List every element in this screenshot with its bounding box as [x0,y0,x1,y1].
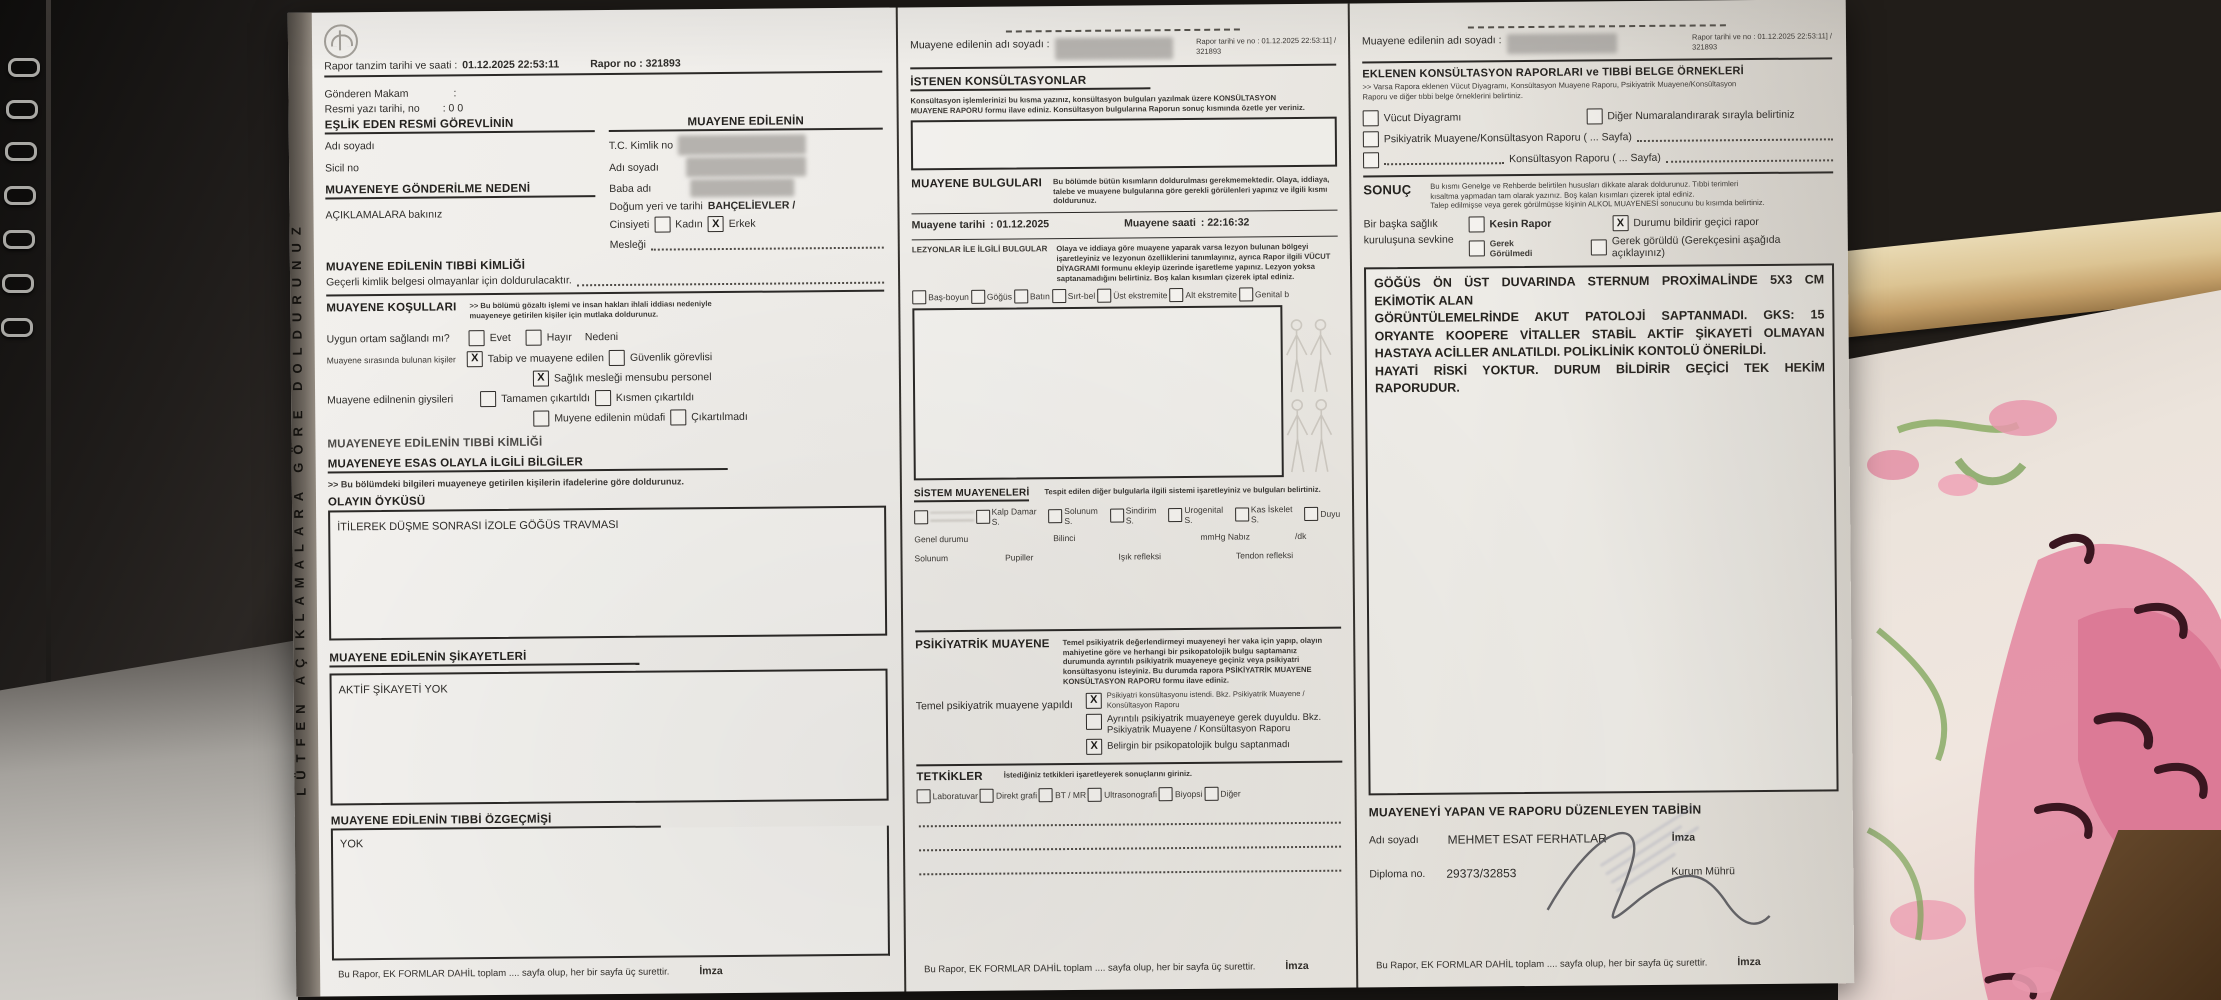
psychiatric-note5: KONSÜLTASYON RAPORU formu ilave ediniz. [1063,676,1229,686]
checkbox-body-diagram [1363,110,1379,126]
issue-datetime-label: Rapor tanzim tarihi ve saati : [324,59,457,72]
no-label: Hayır [547,331,572,343]
tc-id-label: T.C. Kimlik no [609,139,673,152]
form-column-3: Muayene edilenin adı soyadı : Rapor tari… [1348,0,1855,988]
light-reflex-label: Işık refleksi [1118,551,1161,561]
clothing-label: Muayene edilnenin giysileri [327,393,453,406]
institution-seal-label: Kurum Mührü [1671,866,1735,879]
footer-text: Bu Rapor, EK FORMLAR DAHİL toplam .... s… [338,967,669,981]
illegible-system-label [930,512,974,521]
checkbox-final-report [1468,217,1484,233]
checkbox-sensory [1304,507,1318,521]
checkbox-urogenital [1168,508,1182,522]
test-label: BT / MR [1055,790,1086,800]
body-region-checkboxes: Baş-boyun Göğüs Batın Sırt-bel Üst ekstr… [912,286,1338,304]
checkbox-detailed-psych-needed [1086,713,1102,729]
diploma-no-value: 29373/32853 [1446,866,1516,881]
provisional-report-label: Durumu bildirir geçici rapor [1633,216,1759,229]
escort-name-label: Adı soyadı [325,138,595,152]
see-explanations-label: AÇIKLAMALARA bakınız [325,207,595,221]
exam-date-value: : 01.12.2025 [990,218,1049,231]
light-floor-area [0,640,298,1000]
diploma-no-label: Diploma no. [1369,868,1425,880]
examined-name-label: Muayene edilenin adı soyadı : [910,38,1050,51]
column2-footer: Bu Rapor, EK FORMLAR DAHİL toplam .... s… [918,956,1344,978]
colon: : [453,87,456,99]
dotted-line [651,237,884,250]
official-letter-row: Resmi yazı tarihi, no : 0 0 [325,99,883,116]
checkbox-system-1 [914,510,928,524]
ministry-crest-logo [324,24,358,58]
checkbox-ultrasound [1088,787,1102,801]
checkbox-referral-not-needed [1469,241,1485,257]
tests-note: İstediğiniz tetkikleri işaretleyerek son… [1004,769,1192,781]
yes-label: Evet [490,332,511,344]
lesion-findings-box [912,305,1283,480]
psychiatric-note4: konsültasyonu isteyiniz. Bu durumda rapo… [1063,665,1312,676]
checkbox-yes [469,330,485,346]
checkbox-fully-removed [480,391,496,407]
escort-official-block: EŞLİK EDEN RESMİ GÖREVLİNİN Adı soyadı S… [325,117,596,221]
findings-line-3: HAYATİ RİSKİ YOKTUR. DURUM BİLDİRİR GEÇİ… [1375,359,1825,398]
checkbox-laboratory [917,789,931,803]
checkbox-other-attachment [1586,108,1602,124]
perforation-dashes [1468,24,1727,28]
occupation-label: Mesleği [610,239,646,251]
female-label: Kadın [675,218,703,230]
dotted-line [577,272,884,286]
column3-footer: Bu Rapor, EK FORMLAR DAHİL toplam .... s… [1370,951,1840,973]
medical-history-box: YOK [331,826,890,961]
persons-present-label: Muayene sırasında bulunan kişiler [327,354,456,365]
tests-checkboxes: Laboratuvar Direkt grafi BT / MR Ultraso… [917,785,1343,803]
checkbox-biopsy [1159,787,1173,801]
checkbox-consultation-report-attachment [1363,152,1379,168]
complaints-value: AKTİF ŞİKAYETİ YOK [339,684,448,697]
male-label: Erkek [729,218,756,230]
not-removed-label: Çıkartılmadı [691,411,748,423]
garment-hook [2,274,34,293]
complaints-box: AKTİF ŞİKAYETİ YOK [330,669,889,806]
sender-authority-label: Gönderen Makam [324,88,408,101]
perforation-dashes [1006,29,1240,33]
referral-label-line1: Bir başka sağlık [1364,218,1438,231]
checkbox-head-neck [912,290,926,304]
findings-line-1: GÖĞÜS ÖN ÜST DUVARINDA STERNUM PROXİMALİ… [1374,272,1824,311]
pupils-label: Pupiller [1005,552,1033,562]
respiration-label: Solunum [914,553,948,563]
garment-hook [6,100,38,119]
checkbox-other-test [1204,786,1218,800]
incident-info-header: MUAYENEYE ESAS OLAYLA İLGİLİ BİLGİLER [328,455,728,473]
final-report-label: Kesin Rapor [1489,218,1551,231]
tests-header: TETKİKLER [916,771,982,784]
garment-hook [4,186,36,205]
checkbox-upper-extremity [1097,288,1111,302]
referral-needed-label: Gerek görüldü (Gerekçesini aşağıda açıkl… [1612,234,1834,260]
medical-history-value: YOK [340,839,363,851]
region-label: Genital b [1255,289,1289,299]
footer-text: Bu Rapor, EK FORMLAR DAHİL toplam .... s… [1376,957,1707,971]
referral-reason-header: MUAYENEYE GÖNDERİLME NEDENİ [325,182,595,199]
attached-reports-note1: >> Varsa Rapora eklenen Vücut Diyagramı,… [1362,79,1736,91]
conclusion-note3: Talep edilmişse veya gerek görülmüşse ki… [1430,198,1764,210]
dotted-line [1384,153,1504,165]
region-label: Göğüs [987,291,1012,301]
psych-option2-line2: Psikiyatrik Muayene / Konsültasyon Rapor… [1107,723,1290,736]
region-label: Alt ekstremite [1185,289,1237,299]
psych-option1-line1: Psikiyatri konsültasyonu istendi. Bkz. P… [1107,689,1305,700]
exam-findings-note: Bu bölümde bütün kısımların doldurulması… [1053,174,1337,206]
medical-identity-note: Geçerli kimlik belgesi olmayanlar için d… [326,274,572,288]
checkbox-respiratory [1048,509,1062,523]
official-letter-value: : 0 0 [443,102,464,114]
system-label: Kalp Damar S. [992,506,1047,526]
vitals-row-1: Genel durumu Bilinci mmHg Nabız /dk [914,530,1340,544]
region-label: Baş-boyun [928,292,969,302]
conclusion-findings-box: GÖĞÜS ÖN ÜST DUVARINDA STERNUM PROXİMALİ… [1364,264,1839,796]
conclusion-header: SONUÇ [1363,182,1411,197]
per-minute-label: /dk [1295,531,1306,541]
test-label: Diğer [1220,788,1240,798]
findings-line-2: GÖRÜNTÜLEMELRİNDE AKUT PATOLOJİ SAPTANMA… [1374,307,1824,363]
security-officer-label: Güvenlik görevlisi [630,351,712,364]
physician-name-value: MEHMET ESAT FERHATLAR [1448,832,1607,847]
report-ref-line1: Rapor tarihi ve no : 01.12.2025 22:53:11… [1692,31,1832,41]
form-column-1: Rapor tanzim tarihi ve saati : 01.12.202… [312,8,905,997]
checkbox-not-removed [670,409,686,425]
other-attachment-label: Diğer Numaralandırarak sırayla belirtini… [1607,108,1794,122]
exam-conditions-header: MUAYENE KOŞULLARI [326,301,456,314]
birth-value: BAHÇELİEVLER / [708,199,796,212]
incident-info-note: >> Bu bölümdeki bilgileri muayeneye geti… [328,474,886,491]
signature-label: İmza [699,965,722,977]
report-ref-line2: 321893 [1196,46,1221,55]
checkbox-security-officer [609,350,625,366]
general-condition-label: Genel durumu [914,534,968,544]
defense-counsel-label: Muyene edilenin müdafi [554,411,665,424]
photo-of-forensic-report: LÜTFEN AÇIKLAMALARA GÖRE DOLDURUNUZ Rapo… [0,0,2221,1000]
physician-name-label: Adı soyadı [1369,834,1419,846]
region-label: Sırt-bel [1068,291,1095,301]
physician-signature-block: Adı soyadı MEHMET ESAT FERHATLAR İmza Di… [1369,816,1840,882]
psychiatric-exam-header: PSİKİYATRİK MUAYENE [915,638,1049,651]
system-label: Kas İskelet S. [1251,504,1303,524]
exam-conditions-note1: >> Bu bölümü gözaltı işlemi ve insan hak… [469,299,711,310]
reason-label: Nedeni [585,331,618,343]
checkbox-female [654,216,670,232]
system-label: Urogenital S. [1184,504,1233,524]
dotted-line [1666,151,1833,163]
basic-psych-exam-label: Temel psikiyatrik muayene yapıldı [916,699,1073,712]
report-number: Rapor no : 321893 [590,57,681,70]
incident-history-box: İTİLEREK DÜŞME SONRASI İZOLE GÖĞÜS TRAVM… [328,506,887,641]
exam-date-label: Muayene tarihi [912,219,986,232]
garment-hook [1,318,33,337]
checkbox-psych-consult-requested: X [1086,693,1102,709]
bp-pulse-label: mmHg Nabız [1200,531,1250,541]
system-exams-header: SİSTEM MUAYENELERİ [914,487,1030,502]
father-name-label: Baba adı [609,183,651,195]
checkbox-genital [1239,287,1253,301]
issue-datetime-value: 01.12.2025 22:53:11 [462,58,559,71]
fully-removed-label: Tamamen çıkartıldı [501,392,590,405]
garment-seam [46,0,51,720]
body-diagram-label: Vücut Diyagramı [1384,111,1462,124]
footer-text: Bu Rapor, EK FORMLAR DAHİL toplam .... s… [924,961,1255,975]
psych-option1-line2: Konsültasyon Raporu [1107,700,1180,710]
garment-hook [5,142,37,161]
system-exams-note: Tespit edilen diğer bulgularla ilgili si… [1044,485,1320,497]
checkbox-musculoskeletal [1235,507,1249,521]
checkbox-no-psychopathology: X [1086,738,1102,754]
medical-identity-header: MUAYENE EDİLENİN TIBBİ KİMLİĞİ [326,257,884,274]
incident-history-value: İTİLEREK DÜŞME SONRASI İZOLE GÖĞÜS TRAVM… [337,519,618,533]
sender-authority-row: Gönderen Makam : [324,84,882,101]
system-label: Solunum S. [1064,505,1108,525]
checkbox-direct-xray [980,788,994,802]
psych-option3-label: Belirgin bir psikopatolojik bulgu saptan… [1107,739,1290,752]
referral-label-line2: kuruluşuna sevkine [1364,234,1454,247]
suitable-environment-label: Uygun ortam sağlandı mı? [327,332,450,345]
tendon-reflex-label: Tendon refleksi [1236,550,1293,560]
forensic-examination-form: LÜTFEN AÇIKLAMALARA GÖRE DOLDURUNUZ Rapo… [288,0,1855,997]
checkbox-digestive [1110,508,1124,522]
checkbox-cardiovascular [976,509,990,523]
exam-time-value: : 22:16:32 [1201,217,1250,229]
official-letter-label: Resmi yazı tarihi, no [325,103,420,116]
body-diagram [1284,316,1333,476]
report-ref-line2: 321893 [1692,42,1717,51]
exam-findings-header: MUAYENE BULGULARI [911,177,1042,190]
report-issue-row: Rapor tanzim tarihi ve saati : 01.12.202… [324,56,882,73]
examined-person-header: MUAYENE EDİLENİN [609,115,883,132]
exam-conditions-note2: muayeneye getirilen kişiler için mutlaka… [469,309,658,320]
region-label: Üst ekstremite [1113,290,1167,300]
region-label: Batın [1030,291,1050,301]
garment-hook [8,58,40,77]
escort-official-header: EŞLİK EDEN RESMİ GÖREVLİNİN [325,117,595,134]
physician-and-examined-label: Tabip ve muayene edilen [488,352,604,365]
sex-label: Cinsiyeti [610,219,650,231]
checkbox-health-personnel: X [533,370,549,386]
dotted-result-line [919,859,1341,875]
redacted-father-name [690,178,794,197]
dotted-result-line [919,835,1341,851]
attached-reports-note2: Raporu ve diğer tıbbi belge örneklerini … [1362,91,1522,101]
checkbox-defense-counsel [533,410,549,426]
redacted-tc-id [678,134,806,155]
consultation-report-attachment-label: Konsültasyon Raporu ( ... Sayfa) [1509,152,1661,165]
test-label: Direkt grafi [996,790,1037,800]
checkbox-abdomen [1014,289,1028,303]
checkbox-partially-removed [595,390,611,406]
checkbox-physician-and-examined: X [467,351,483,367]
lesions-header: LEZYONLAR İLE İLGİLİ BULGULAR [912,244,1048,256]
consciousness-label: Bilinci [1053,533,1075,543]
consultations-box [911,116,1337,170]
checkbox-referral-needed [1591,240,1607,256]
dotted-line [1637,130,1833,143]
system-label: Duyu [1320,508,1340,518]
lesions-note: Olaya ve iddiaya göre muayene yaparak va… [1056,242,1338,284]
form-column-2: Muayene edilenin adı soyadı : Rapor tari… [896,4,1357,992]
registry-no-label: Sicil no [325,160,595,174]
birth-label: Doğum yeri ve tarihi [609,200,702,213]
examined-name-label: Muayene edilenin adı soyadı : [1362,34,1502,47]
name-label: Adı soyadı [609,162,659,174]
exam-time-label: Muayene saati [1124,217,1196,230]
checkbox-lower-extremity [1169,288,1183,302]
checkbox-provisional-report: X [1612,215,1628,231]
redacted-name [1055,37,1173,60]
referral-not-needed-label: Gerek Görülmedi [1490,238,1558,259]
test-label: Ultrasonografi [1104,789,1157,799]
redacted-name [1506,33,1616,54]
column1-footer: Bu Rapor, EK FORMLAR DAHİL toplam .... s… [332,960,890,983]
garment-hook [3,230,35,249]
redacted-name [686,156,806,177]
test-label: Biyopsi [1175,789,1202,799]
report-ref-line1: Rapor tarihi ve no : 01.12.2025 22:53:11… [1196,36,1336,46]
test-label: Laboratuvar [933,791,978,801]
examined-person-block: MUAYENE EDİLENİN T.C. Kimlik no Adı soya… [609,115,884,251]
signature-label: İmza [1285,960,1308,972]
checkbox-male: X [708,216,724,232]
system-label: Sindirim S. [1126,505,1167,525]
checkbox-back [1052,289,1066,303]
checkbox-ct-mr [1039,788,1053,802]
psych-report-attachment-label: Psikiyatrik Muayene/Konsültasyon Raporu … [1384,131,1632,145]
checkbox-chest [971,289,985,303]
dotted-result-line [919,811,1341,827]
signature-label: İmza [1737,956,1760,968]
checkbox-no [526,329,542,345]
requested-consultations-header: İSTENEN KONSÜLTASYONLAR [910,74,1150,91]
checkbox-psych-report-attachment [1363,131,1379,147]
partially-removed-label: Kısmen çıkartıldı [616,391,694,404]
complaints-header: MUAYENE EDİLENİN ŞİKAYETLERİ [329,650,639,668]
medical-identity-header-2: MUAYENEYE EDİLENİN TIBBİ KİMLİĞİ [327,433,885,450]
system-checkboxes: Kalp Damar S. Solunum S. Sindirim S. Uro… [914,503,1340,527]
health-personnel-label: Sağlık mesleği mensubu personel [554,371,712,384]
